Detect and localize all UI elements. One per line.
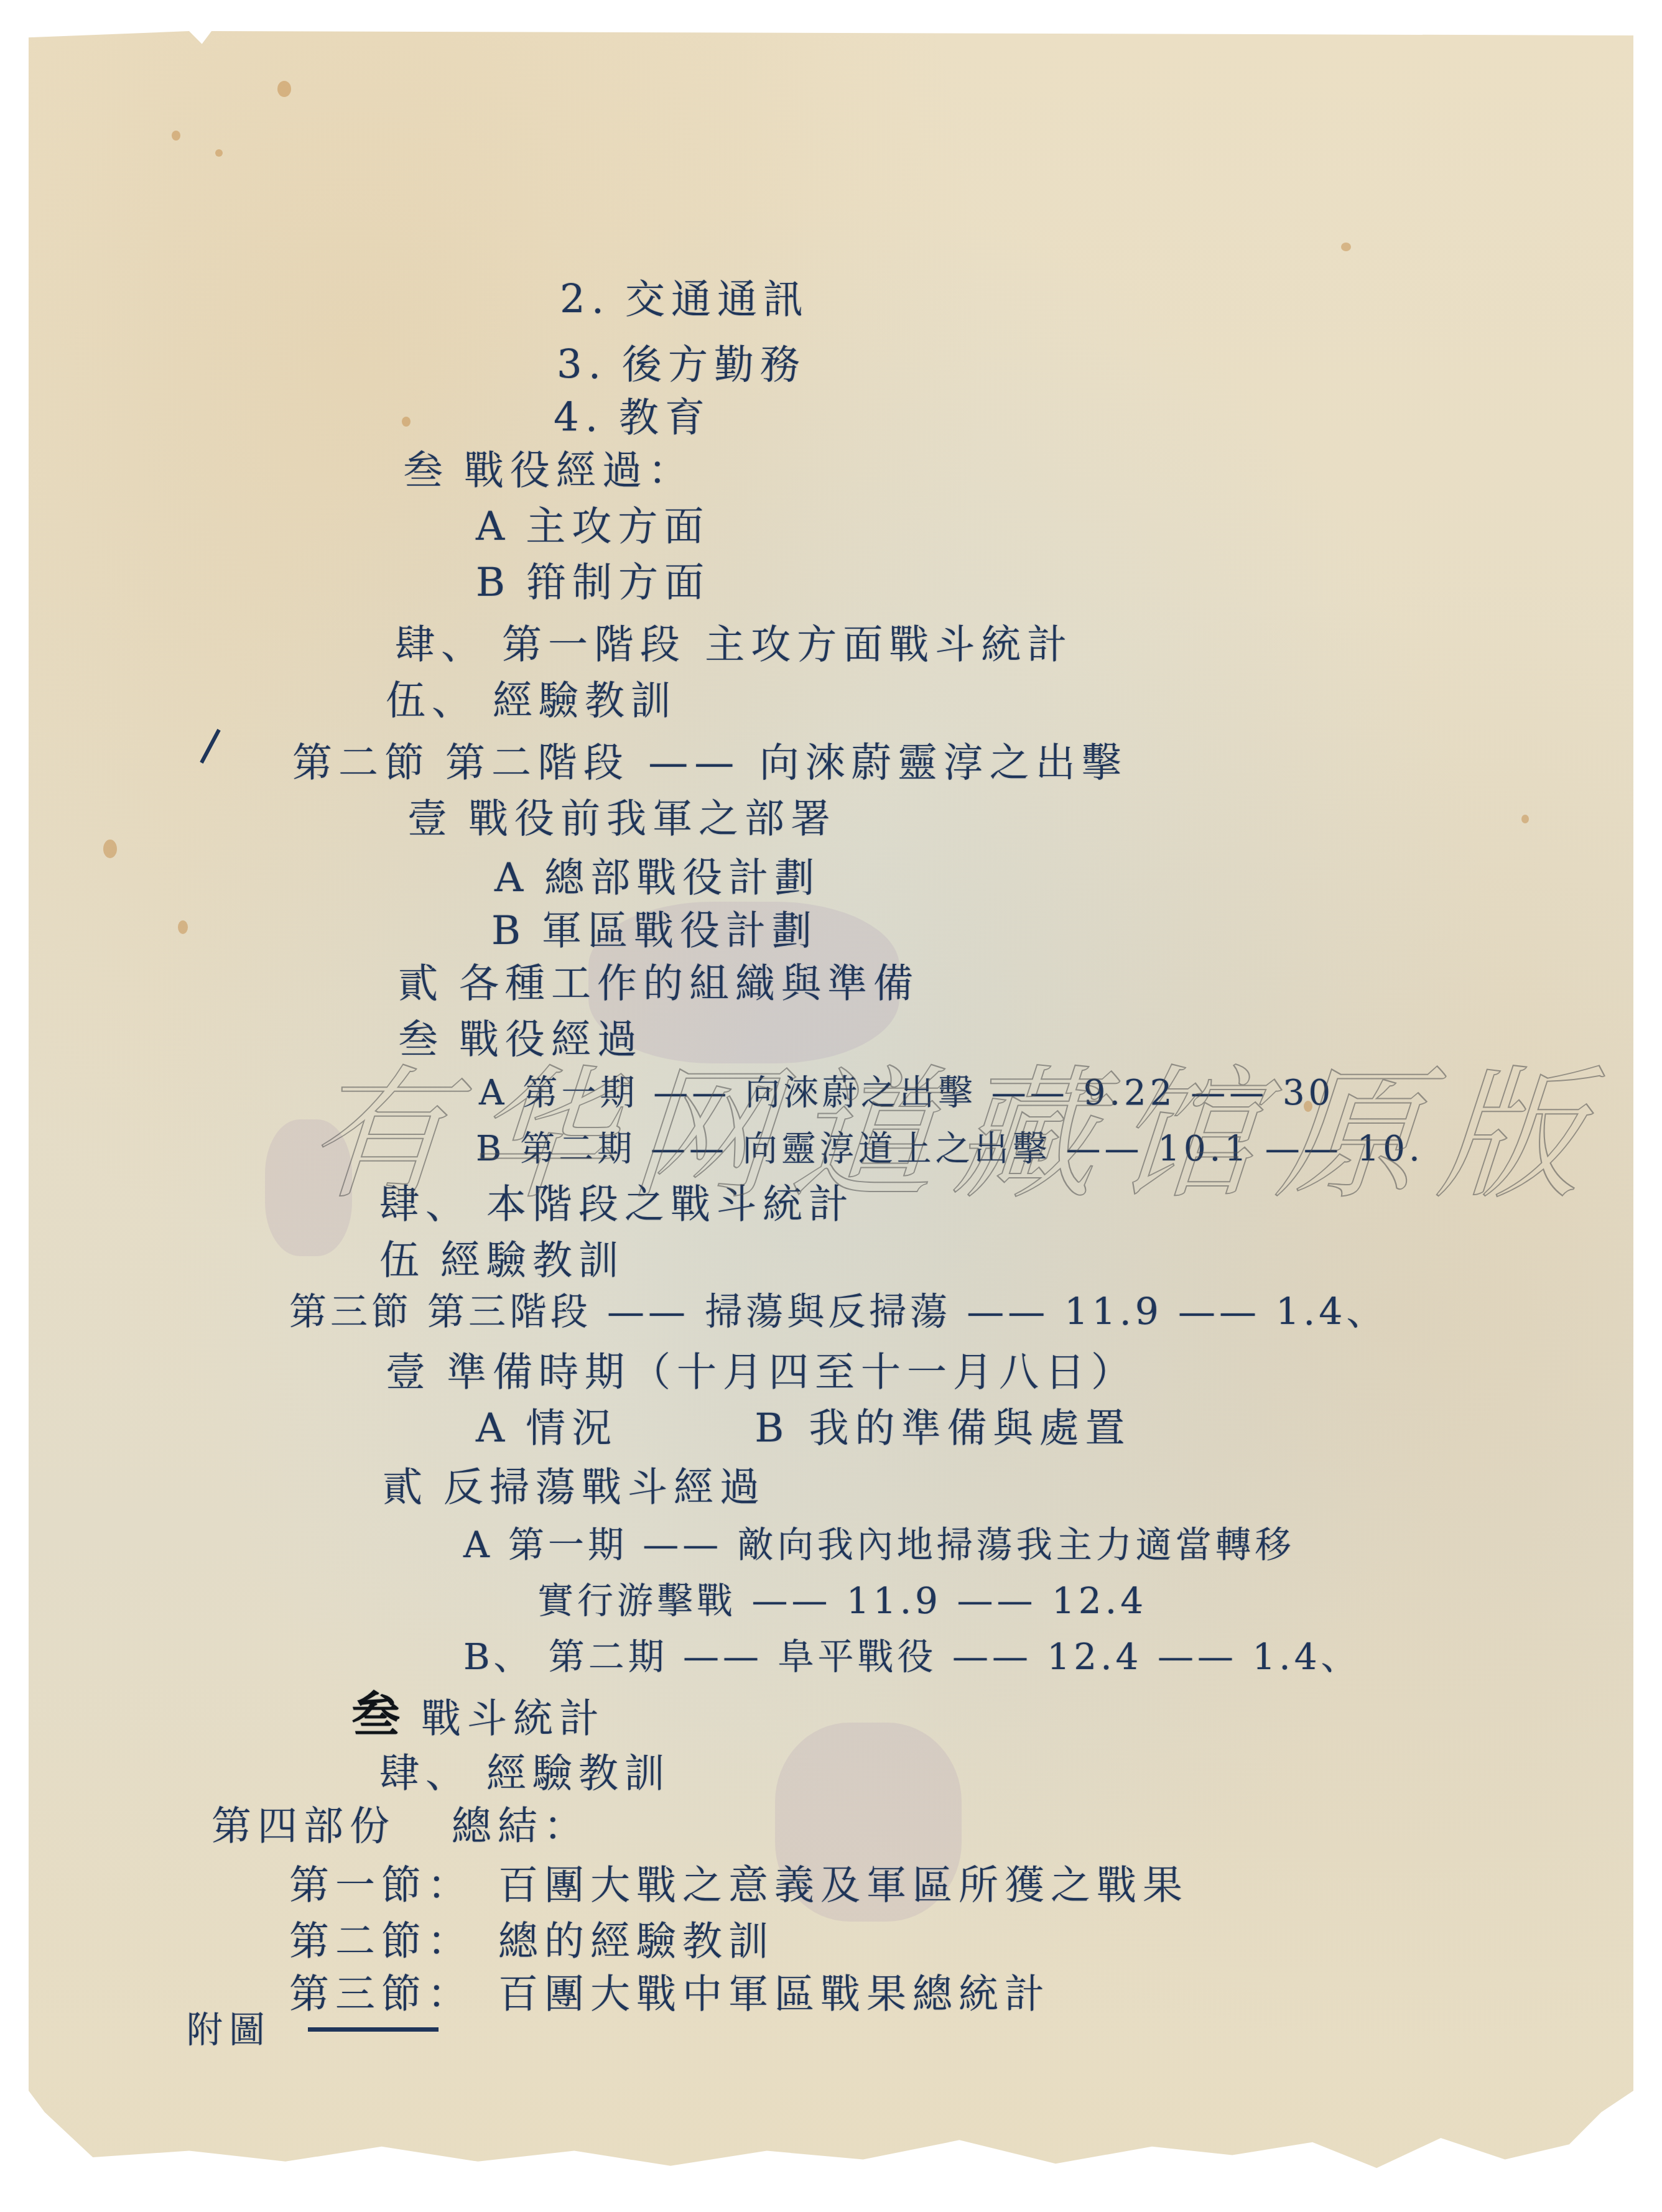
outline-line: 實行游擊戰 —— 11.9 —— 12.4 xyxy=(522,1583,1147,1619)
outline-line: B第二期 —— 向靈淳道上之出擊 —— 10.1 —— 10. xyxy=(476,1132,1424,1167)
outline-line: 叁戰役經過： xyxy=(403,451,694,491)
part-section-line: 第一節：百團大戰之意義及軍區所獲之戰果 xyxy=(289,1866,1189,1905)
outline-line: B箝制方面 xyxy=(476,563,710,603)
outline-line: 叁戰役經過 xyxy=(398,1020,643,1060)
outline-line: B、第二期 —— 阜平戰役 —— 12.4 —— 1.4、 xyxy=(463,1639,1361,1675)
outline-line: A第一期 —— 向淶蔚之出擊 —— 9.22 —— 30 xyxy=(479,1076,1334,1111)
outline-line: 肆、經驗教訓 xyxy=(379,1754,671,1793)
section-heading: 第三節第三階段 —— 掃蕩與反掃蕩 —— 11.9 —— 1.4、 xyxy=(289,1293,1387,1331)
stain xyxy=(172,131,180,141)
outline-line: A總部戰役計劃 xyxy=(494,858,820,898)
stain xyxy=(1341,243,1351,251)
stain xyxy=(103,840,117,858)
outline-line: 2.交通通訊 xyxy=(560,280,809,320)
outline-line: A第一期 —— 敵向我內地掃蕩我主力適當轉移 xyxy=(463,1527,1295,1563)
part-section-line: 第二節：總的經驗教訓 xyxy=(289,1922,774,1961)
stain xyxy=(215,149,223,157)
section-heading: 第二節第二階段 —— 向淶蔚靈淳之出擊 xyxy=(292,743,1128,783)
outline-line: 貳各種工作的組織與準備 xyxy=(398,964,919,1004)
outline-line: 壹戰役前我軍之部署 xyxy=(407,799,837,839)
ink-bleed xyxy=(265,1119,352,1256)
part-heading: 第四部份總結： xyxy=(211,1807,590,1846)
outline-line: A情況B 我的準備與處置 xyxy=(476,1409,1131,1448)
outline-line: 叁戰斗統計 xyxy=(351,1691,605,1740)
outline-line: 4.教育 xyxy=(554,398,711,438)
outline-line: 伍、經驗教訓 xyxy=(386,681,677,721)
outline-line: 3.後方勤務 xyxy=(557,345,806,385)
outline-line: 肆、第一階段 主攻方面戰斗統計 xyxy=(395,625,1073,665)
outline-line: 壹準備時期（十月四至十一月八日） xyxy=(386,1353,1137,1392)
outline-line: 貳反掃蕩戰斗經過 xyxy=(383,1468,766,1507)
outline-line: B軍區戰役計劃 xyxy=(491,911,818,951)
outline-line: A主攻方面 xyxy=(476,507,710,547)
bold-numeral: 叁 xyxy=(351,1687,406,1744)
stain xyxy=(277,81,291,97)
part-section-line: 第三節：百團大戰中軍區戰果總統計 xyxy=(289,1974,1051,2014)
outline-line: 肆、本階段之戰斗統計 xyxy=(379,1185,855,1224)
stain xyxy=(402,417,411,427)
appendix-label: 附圖 xyxy=(187,2012,286,2048)
outline-line: 伍經驗教訓 xyxy=(379,1241,624,1280)
stain xyxy=(1521,815,1529,823)
stain xyxy=(178,920,188,934)
appendix-rule-line xyxy=(308,2027,439,2032)
